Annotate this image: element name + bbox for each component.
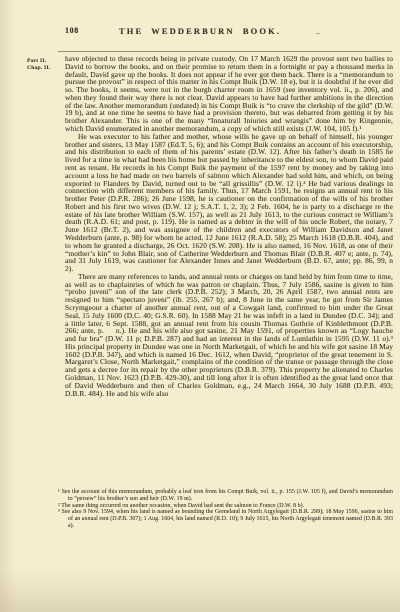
book-page: 108 THE WEDDERBURN BOOK. Part II. Chap. … — [0, 0, 400, 612]
paragraph: There are many references to lands, and … — [65, 273, 393, 398]
margin-note-chapter: Chap. II. — [27, 65, 61, 72]
running-head: THE WEDDERBURN BOOK. — [0, 26, 400, 36]
margin-note: Part II. Chap. II. — [27, 58, 61, 71]
paragraph: He was executor to his father and mother… — [65, 133, 393, 273]
header-rule — [58, 51, 392, 52]
footnote-1: ¹ See the account of this memorandum, pr… — [58, 489, 393, 503]
footnote-3: ³ See also 9 Nov. 1594, when his land is… — [58, 509, 393, 529]
footnotes: ¹ See the account of this memorandum, pr… — [58, 489, 393, 530]
margin-note-part: Part II. — [27, 58, 61, 65]
paragraph-continuation: have objected to these records being in … — [65, 55, 393, 133]
text-body: have objected to these records being in … — [65, 55, 393, 397]
